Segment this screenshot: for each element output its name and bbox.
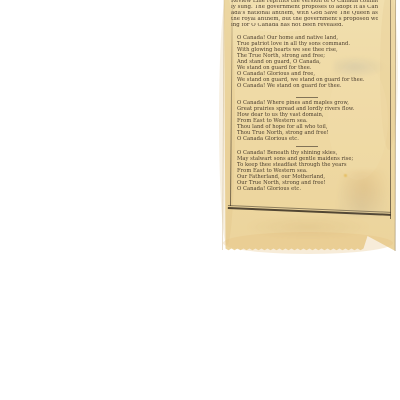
article-right-rule bbox=[390, 0, 391, 219]
stanza-2: O Canada! Where pines and maples grow, G… bbox=[237, 100, 387, 142]
stanza-line: O Canada! We stand on guard for thee. bbox=[237, 83, 387, 89]
stanza-divider bbox=[296, 146, 318, 147]
stanza-1: O Canada! Our home and native land, True… bbox=[237, 35, 387, 89]
scanned-page: Review Line reprints the version of O Ca… bbox=[0, 0, 400, 400]
stanza-line: O Canada Glorious etc. bbox=[237, 136, 387, 142]
stanza-divider bbox=[296, 97, 318, 98]
newspaper-clipping: Review Line reprints the version of O Ca… bbox=[218, 0, 400, 258]
stanza-line: O Canada! Glorious etc. bbox=[237, 186, 387, 192]
intro-paragraph: Review Line reprints the version of O Ca… bbox=[231, 0, 378, 29]
stanza-3: O Canada! Beneath thy shining skies, May… bbox=[237, 150, 387, 192]
article-left-rule bbox=[230, 0, 233, 206]
ink-bleed-through bbox=[248, 215, 368, 239]
intro-line: ing for O Canada has not been revealed. bbox=[231, 23, 378, 29]
